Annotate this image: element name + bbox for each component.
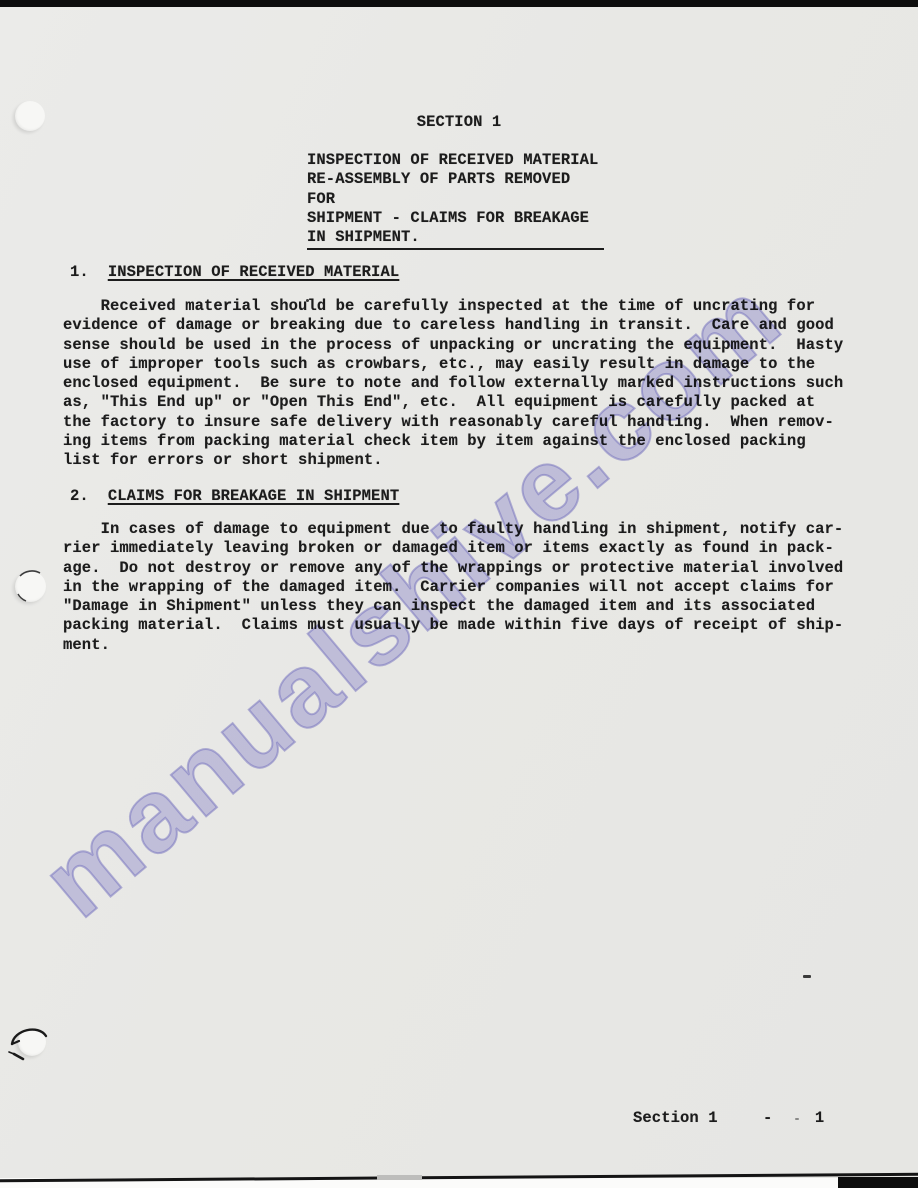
section-1-number: 1. [70, 263, 89, 282]
scan-speck [795, 1118, 799, 1120]
section-2-number: 2. [70, 487, 89, 506]
title-block-underlined-line: IN SHIPMENT. [307, 228, 604, 250]
section-1-heading-text: INSPECTION OF RECEIVED MATERIAL [108, 263, 399, 282]
hole-punch-middle-outline [12, 568, 52, 608]
title-block: INSPECTION OF RECEIVED MATERIAL RE-ASSEM… [307, 151, 604, 250]
footer-dash: - [763, 1109, 772, 1128]
scan-bottom-edge-patch [377, 1175, 422, 1180]
footer-section-label: Section 1 [633, 1109, 718, 1128]
scan-speck [306, 299, 309, 302]
hole-punch-bottom-tear [4, 1022, 56, 1070]
scan-speck [803, 975, 811, 978]
scan-top-edge [0, 0, 918, 7]
section-2-paragraph: In cases of damage to equipment due to f… [63, 520, 863, 655]
section-1-heading: 1.INSPECTION OF RECEIVED MATERIAL [70, 263, 399, 282]
scanned-document-page: SECTION 1 INSPECTION OF RECEIVED MATERIA… [0, 0, 918, 1188]
section-2-heading: 2.CLAIMS FOR BREAKAGE IN SHIPMENT [70, 487, 399, 506]
title-block-line: INSPECTION OF RECEIVED MATERIAL [307, 151, 604, 170]
section-2-heading-text: CLAIMS FOR BREAKAGE IN SHIPMENT [108, 487, 399, 506]
title-block-line: RE-ASSEMBLY OF PARTS REMOVED FOR [307, 170, 604, 209]
scan-bottom-right-blob [838, 1177, 918, 1188]
section-1-paragraph: Received material should be carefully in… [63, 297, 863, 471]
title-block-line: SHIPMENT - CLAIMS FOR BREAKAGE [307, 209, 604, 228]
page-title: SECTION 1 [0, 113, 918, 132]
footer-page-number: 1 [815, 1109, 824, 1128]
